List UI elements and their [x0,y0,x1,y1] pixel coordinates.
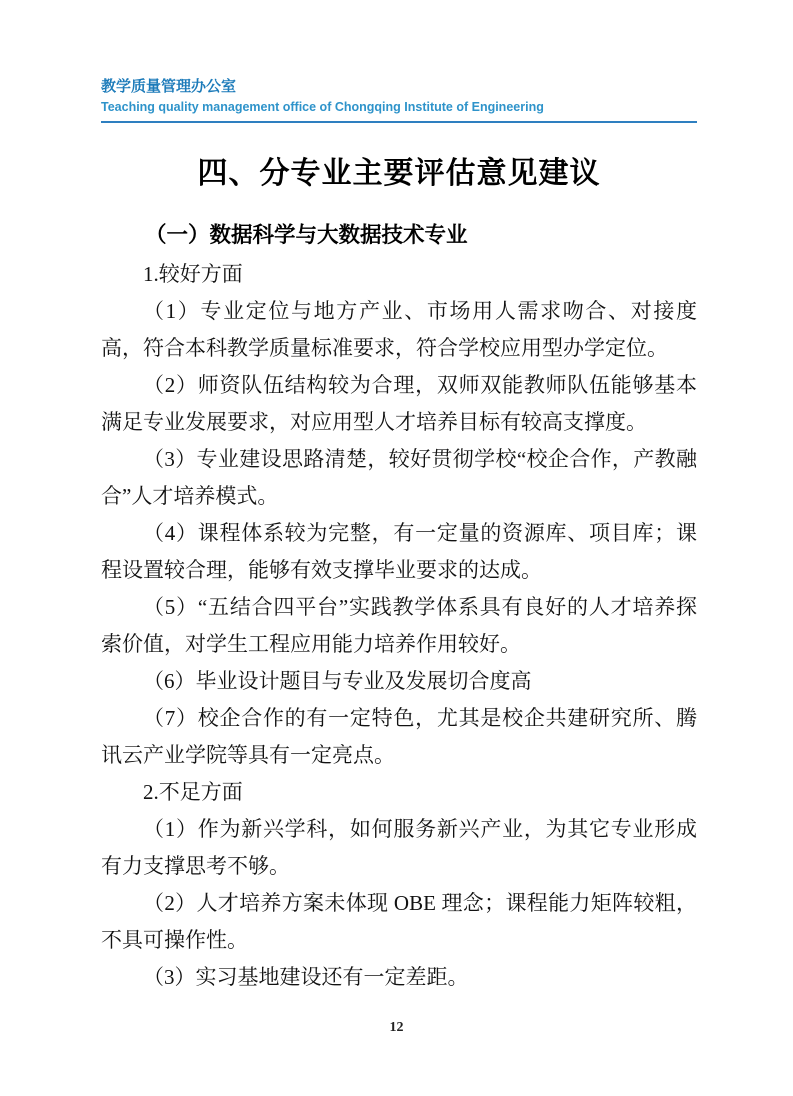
paragraph-good-1: （1）专业定位与地方产业、市场用人需求吻合、对接度高，符合本科教学质量标准要求，… [101,293,697,367]
page-number: 12 [390,1020,404,1035]
page-header: 教学质量管理办公室 Teaching quality management of… [101,0,697,123]
page-footer: 12 [0,1018,793,1036]
section-heading: （一）数据科学与大数据技术专业 [101,222,697,249]
header-rule [101,121,697,123]
paragraph-good-3: （3）专业建设思路清楚，较好贯彻学校“校企合作，产教融合”人才培养模式。 [101,441,697,515]
paragraph-good-6: （6）毕业设计题目与专业及发展切合度高 [101,663,697,700]
paragraph-bad-3: （3）实习基地建设还有一定差距。 [101,959,697,996]
paragraph-good-5: （5）“五结合四平台”实践教学体系具有良好的人才培养探索价值，对学生工程应用能力… [101,589,697,663]
paragraph-good-2: （2）师资队伍结构较为合理，双师双能教师队伍能够基本满足专业发展要求，对应用型人… [101,367,697,441]
org-name-zh: 教学质量管理办公室 [101,78,697,96]
paragraph-bad-2: （2）人才培养方案未体现 OBE 理念；课程能力矩阵较粗，不具可操作性。 [101,885,697,959]
paragraph-good-7: （7）校企合作的有一定特色，尤其是校企共建研究所、腾讯云产业学院等具有一定亮点。 [101,700,697,774]
subsection-heading-good: 1.较好方面 [101,256,697,293]
paragraph-good-4: （4）课程体系较为完整，有一定量的资源库、项目库；课程设置较合理，能够有效支撑毕… [101,515,697,589]
document-page: 教学质量管理办公室 Teaching quality management of… [0,0,793,1096]
paragraph-bad-1: （1）作为新兴学科，如何服务新兴产业，为其它专业形成有力支撑思考不够。 [101,811,697,885]
org-name-en: Teaching quality management office of Ch… [101,100,697,115]
subsection-heading-bad: 2.不足方面 [101,774,697,811]
document-body: 1.较好方面 （1）专业定位与地方产业、市场用人需求吻合、对接度高，符合本科教学… [101,256,697,996]
page-title: 四、分专业主要评估意见建议 [101,156,697,192]
